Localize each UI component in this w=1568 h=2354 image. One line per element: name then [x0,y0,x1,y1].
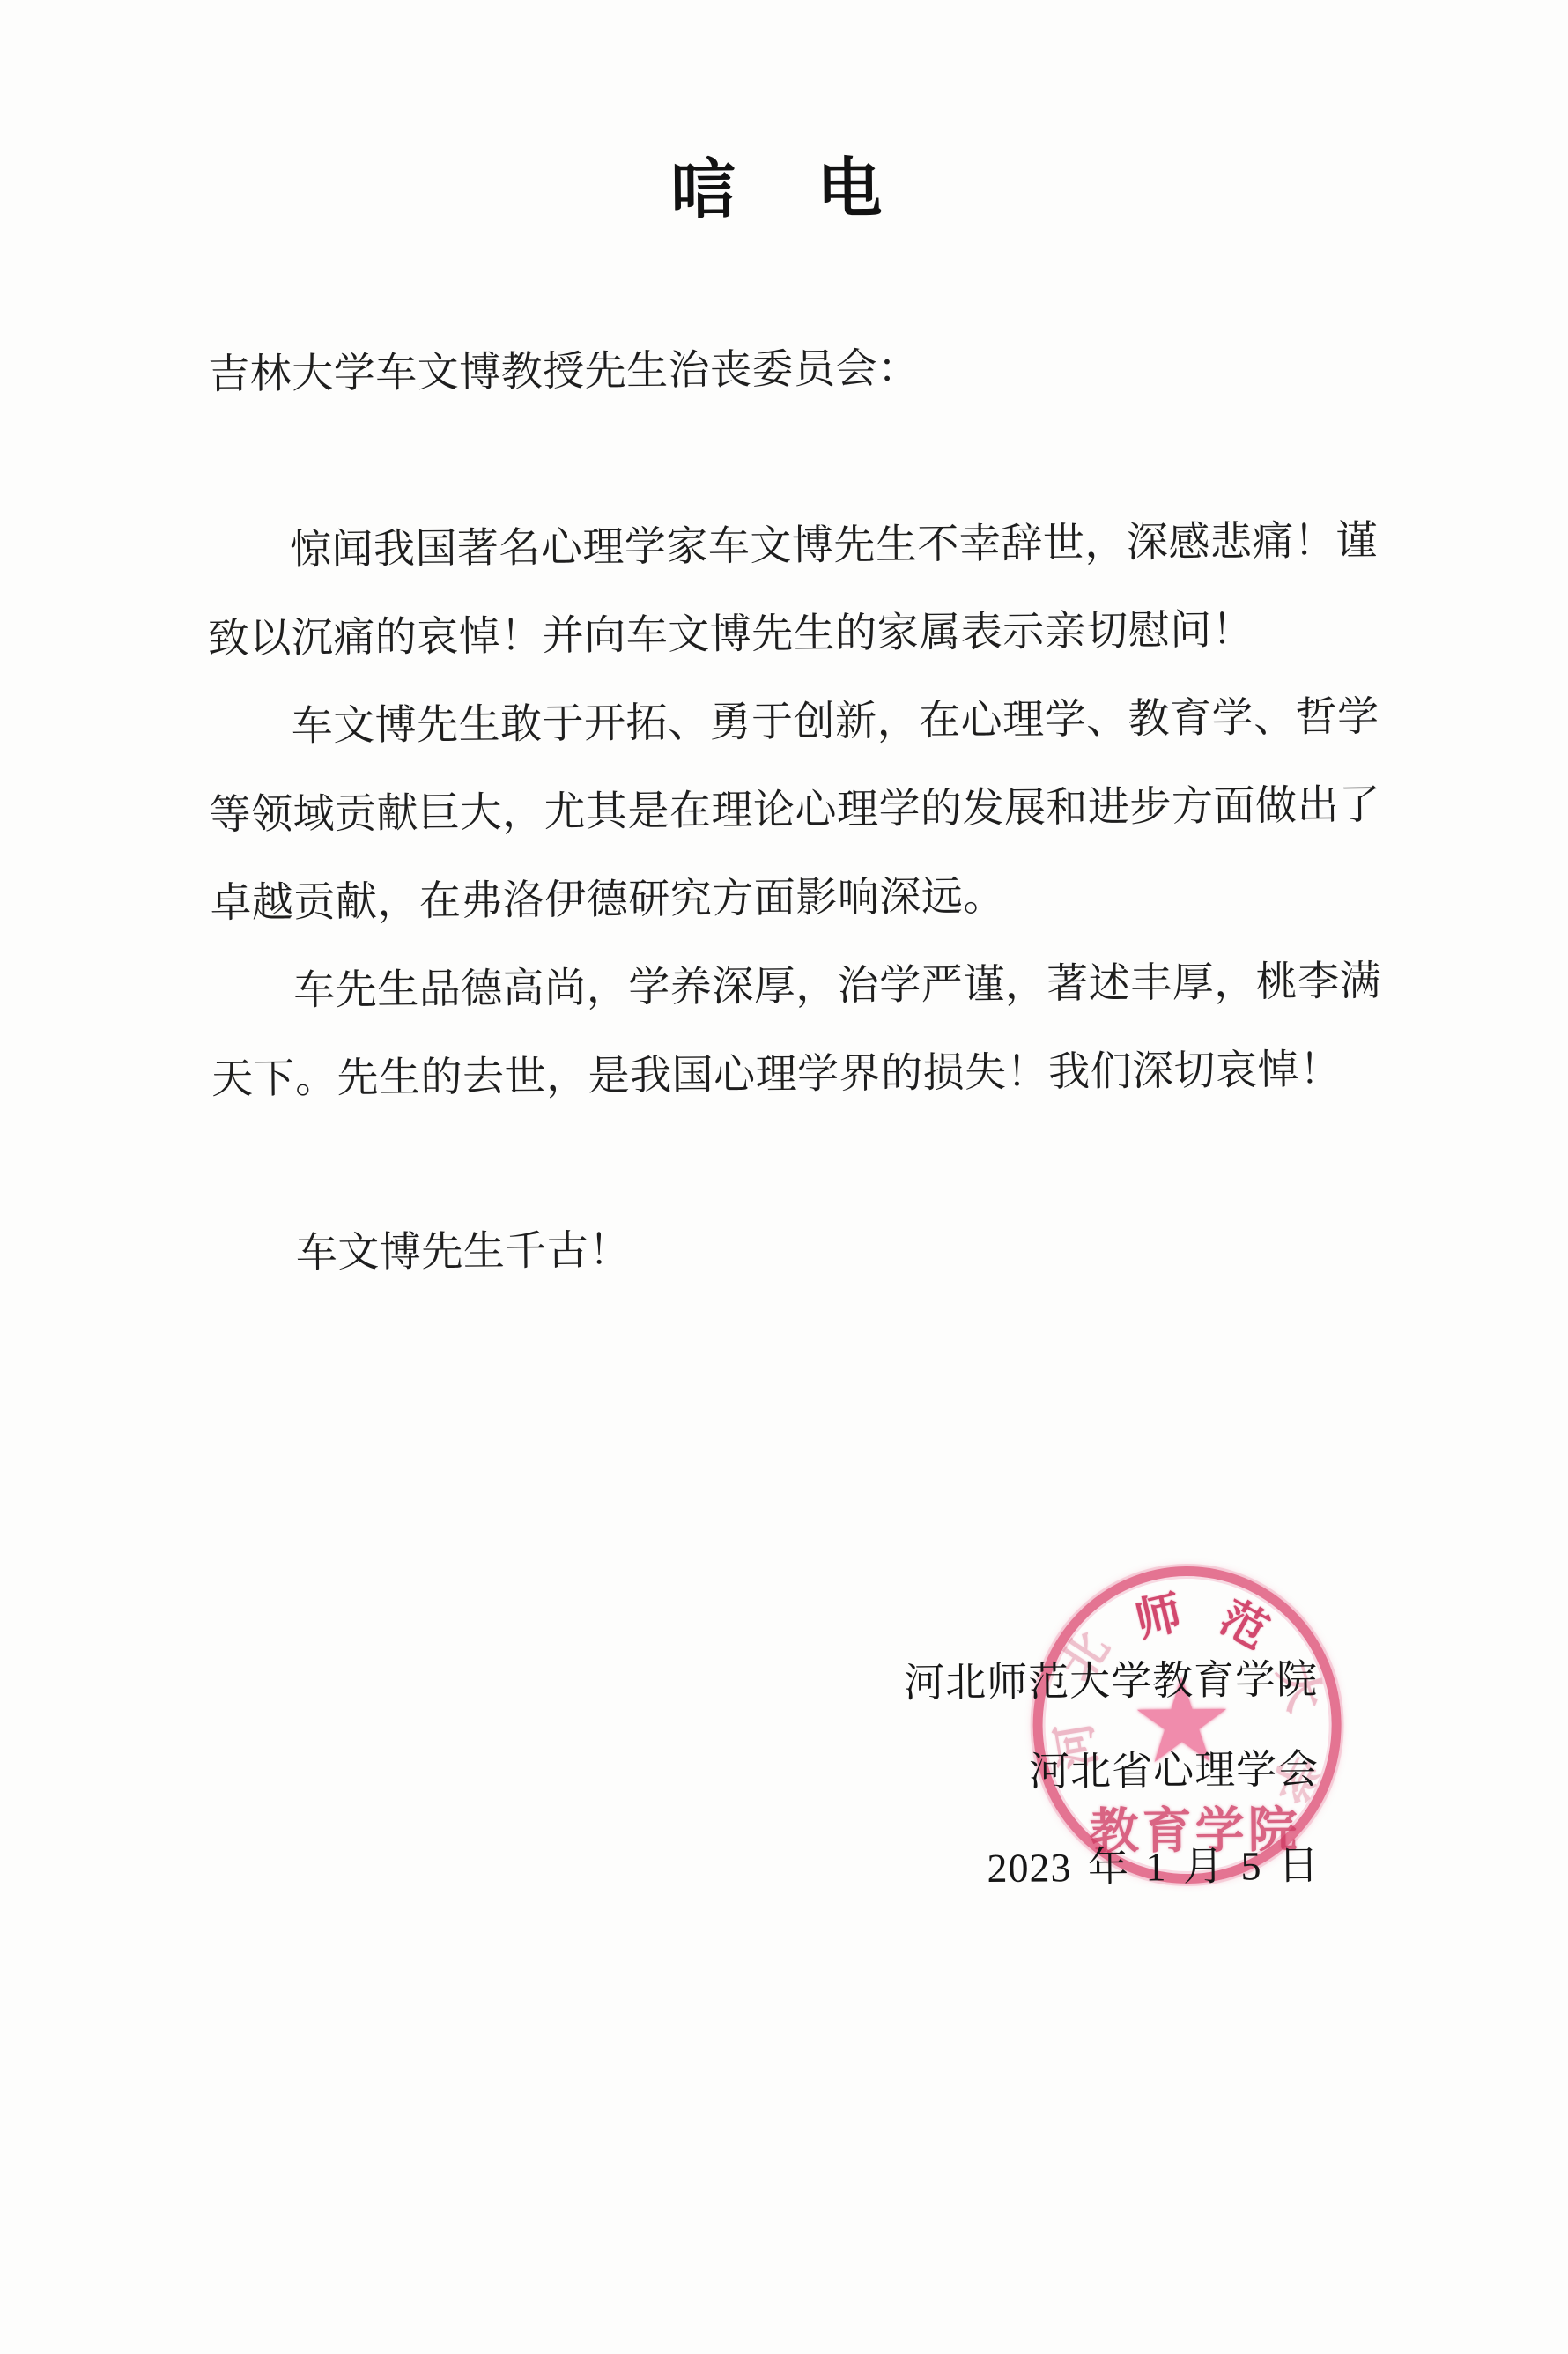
title-char-left: 唁 [670,157,736,223]
signature-date: 2023 年 1 月 5 日 [906,1817,1320,1918]
body-line-1: 惊闻我国著名心理学家车文博先生不幸辞世，深感悲痛！谨 [207,497,1379,596]
body-line-4: 等领域贡献巨大，尤其是在理论心理学的发展和进步方面做出了 [209,761,1381,860]
body-line-2: 致以沉痛的哀悼！并向车文博先生的家属表示亲切慰问！ [207,585,1379,684]
signature-block: 河北师范大学教育学院 河北省心理学会 2023 年 1 月 5 日 [904,1638,1320,1918]
closing-line: 车文博先生千古！ [212,1207,631,1299]
letter-title: 唁 电 [0,150,1561,229]
letter-body: 惊闻我国著名心理学家车文博先生不幸辞世，深感悲痛！谨 致以沉痛的哀悼！并向车文博… [207,497,1384,1124]
body-line-3: 车文博先生敢于开拓、勇于创新，在心理学、教育学、哲学 [208,673,1380,772]
title-char-right: 电 [817,156,883,222]
letter-content: 唁 电 吉林大学车文博教授先生治丧委员会： 惊闻我国著名心理学家车文博先生不幸辞… [0,0,1568,2354]
body-line-5: 卓越贡献，在弗洛伊德研究方面影响深远。 [210,849,1382,948]
salutation-line: 吉林大学车文博教授先生治丧委员会： [208,344,920,400]
body-line-7: 天下。先生的去世，是我国心理学界的损失！我们深切哀悼！ [211,1025,1384,1124]
signature-org-1: 河北师范大学教育学院 [904,1638,1319,1726]
signature-org-2: 河北省心理学会 [905,1722,1320,1821]
body-line-6: 车先生品德高尚，学养深厚，治学严谨，著述丰厚，桃李满 [211,937,1383,1036]
letter-page: 唁 电 吉林大学车文博教授先生治丧委员会： 惊闻我国著名心理学家车文博先生不幸辞… [0,0,1568,2354]
